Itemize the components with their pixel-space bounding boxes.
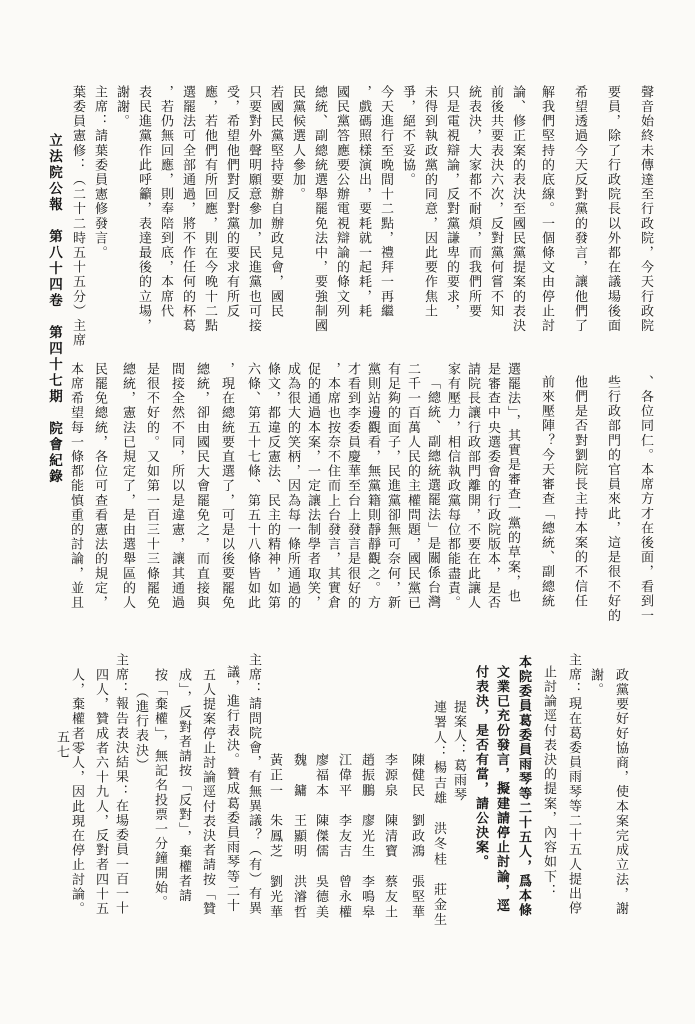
text-column: 請院長讓行政部門離開，不要在此讓人 xyxy=(466,362,479,610)
text-column: 只是電視辯論，反對黨謙卑的要求， xyxy=(445,85,458,319)
text-column: 前來壓陣？今天審查「總統、副總統 xyxy=(540,375,553,609)
text-column: 只要對外聲明願意參加，民進黨也可接 xyxy=(247,85,260,333)
text-column: 謝謝。 xyxy=(115,85,128,129)
text-column: 黨則站邊觀看，無黨籍則靜靜觀之。方 xyxy=(366,362,379,610)
text-column: 成為很大的笑柄，因為每一條所通過的 xyxy=(286,362,299,610)
text-column: （進行表決） xyxy=(134,685,147,773)
text-column: 魏 鏞 王顯明 洪濬哲 xyxy=(292,753,305,920)
text-column: ，本席也按奈不住而上台發言，其實倉 xyxy=(326,362,339,610)
text-column: 本席希望每一條都能慎重的討論，並且 xyxy=(69,362,82,610)
text-column: 人，棄權者零人，因此現在停止討論。 xyxy=(70,668,83,916)
text-column: 受，希望他們對反對黨的要求有所反 xyxy=(225,85,238,319)
text-column: 政黨要好好協商，使本案完成立法，謝 xyxy=(614,668,627,916)
text-column: 李源泉 陳清寶 蔡友土 xyxy=(383,753,396,920)
text-column: 按「棄權」，無記名投票一分鐘開始。 xyxy=(153,668,166,910)
text-column: 總統，憲法已規定了，是由選舉區的人 xyxy=(121,362,134,610)
text-column: 葉委員憲修：（二十二時五十五分）主席 xyxy=(71,85,84,348)
text-column: ，若仍無回應，則奉陪到底，本席代 xyxy=(159,85,172,319)
margin-header: 立法院公報 第八十四卷 第四十七期 院會紀錄 xyxy=(44,133,64,485)
text-column: 六條、第五十七條、第五十八條皆如此 xyxy=(246,362,259,610)
text-column: 黃正一 朱鳳芝 劉光華 xyxy=(268,753,281,920)
text-column: 趙振鵬 廖光生 李鳴皋 xyxy=(360,753,373,920)
text-column: 聲音始終未傳達至行政院，今天行政院 xyxy=(639,85,652,333)
text-column: 表民進黨作此呼籲，表達最後的立場， xyxy=(137,85,150,333)
text-column: 議，進行表決。贊成葛委員雨琴等二十 xyxy=(225,665,238,913)
text-column: 論、修正案的表決至國民黨提案的表決 xyxy=(511,85,524,333)
text-column: 謝。 xyxy=(589,668,602,697)
text-column: 促的通過本案，一定讓法制學者取笑， xyxy=(306,362,319,610)
text-column: 條文，都違反憲法、民主的精神，如第 xyxy=(266,362,279,610)
text-column: 選罷法可全部通過，將不作任何的杯葛 xyxy=(181,85,194,333)
text-column: 解我們堅持的底線。一個條文由停止討 xyxy=(540,85,553,333)
text-column: 陳健民 劉政鴻 張堅華 xyxy=(410,753,423,920)
text-column: 今天進行至晚間十二點，禮拜一再繼 xyxy=(379,85,392,319)
text-column: 前後共要表決六次，反對黨何嘗不知 xyxy=(489,85,502,319)
text-column: 未得到執政黨的同意，因此要作焦土 xyxy=(423,85,436,319)
text-column: 主席：請問院會，有無異議？（有）有異 xyxy=(247,653,260,916)
text-column: 民黨候選人參加。 xyxy=(291,85,304,202)
text-column: 成」，反對者請按「反對」，棄權者請 xyxy=(177,668,190,903)
text-column: 應，若他們有所回應，則在今晚十二點 xyxy=(203,85,216,333)
text-column: 國民黨答應要公辦電視辯論的條文列 xyxy=(335,85,348,319)
text-column: 四人，贊成者六十九人，反對者四十五 xyxy=(94,668,107,916)
gazette-page: 立法院公報 第八十四卷 第四十七期 院會紀錄 五七 聲音始終未傳達至行政院，今天… xyxy=(0,0,695,1024)
text-column: ，現在總統要直選了，可是以後要罷免 xyxy=(220,362,233,610)
text-column: 統表決，大家都不耐煩，而我們所要 xyxy=(467,85,480,319)
text-column: 他們是否對劉院長主持本案的不信任 xyxy=(573,375,586,609)
text-column: 是很不好的。又如第一百三十三條罷免 xyxy=(145,362,158,610)
text-column: 希望透過今天反對黨的發言，讓他們了 xyxy=(573,85,586,333)
text-column: 是審查中央選委會的行政院版本，是否 xyxy=(486,362,499,610)
text-column: 家有壓力，相信執政黨每位都能盡責。 xyxy=(446,362,459,610)
text-column: 有足夠的面子，民進黨卻無可奈何，新 xyxy=(386,362,399,610)
text-column: 本院委員葛委員雨琴等二十五人，爲本條 xyxy=(517,655,530,918)
text-column: 些行政部門的官員來此，這是很不好的 xyxy=(606,375,619,623)
text-column: ，戲碼照樣演出，要耗就一起耗，耗 xyxy=(357,85,370,319)
text-column: 廖福本 陳傑儒 吳德美 xyxy=(314,753,327,920)
text-column: 間接全然不同，所以是違憲，讓其通過 xyxy=(170,362,183,610)
text-column: 主席：請葉委員憲修發言。 xyxy=(93,85,106,260)
text-column: 文業已充份發言，擬建請停止討論，逕 xyxy=(495,665,508,913)
text-column: 五人提案停止討論逕付表決者請按「贊 xyxy=(201,668,214,916)
text-column: 總統、副總統選舉罷免法中，要強制國 xyxy=(313,85,326,333)
text-column: 連署人：楊吉雄 洪冬桂 莊金生 xyxy=(432,700,445,928)
text-column: 要員，除了行政院長以外都在議場後面 xyxy=(606,85,619,333)
text-column: 爭，絕不妥協。 xyxy=(401,85,414,187)
text-column: 付表決，是否有當，請公決案。 xyxy=(474,665,487,869)
text-column: 二千一百萬人民的主權問題，國民黨已 xyxy=(406,362,419,610)
text-column: 若國民黨堅持要辦自辦政見會，國民 xyxy=(269,85,282,319)
text-column: 民罷免總統，各位可查看憲法的規定， xyxy=(93,362,106,610)
text-column: 主席：現在葛委員雨琴等二十五人提出停 xyxy=(567,653,580,916)
text-column: 江偉平 李友吉 曾永權 xyxy=(337,753,350,920)
text-column: 提案人：葛雨琴 xyxy=(452,700,465,802)
text-column: 選罷法」，其實是審查一黨的草案，也 xyxy=(506,362,519,604)
text-column: 「總統、副總統選罷法」是關係台灣 xyxy=(426,376,439,610)
text-column: 、各位同仁。本席方才在後面，看到一 xyxy=(639,375,652,623)
text-column: 主席：報告表決結果：在場委員一百一十 xyxy=(114,653,127,916)
text-column: 止討論逕付表決的提案，內容如下： xyxy=(542,665,555,899)
text-column: 總統，卻由國民大會罷免之，而直接與 xyxy=(195,362,208,610)
text-column: 才看到李委員慶華至台上發言是很好的 xyxy=(346,362,359,610)
